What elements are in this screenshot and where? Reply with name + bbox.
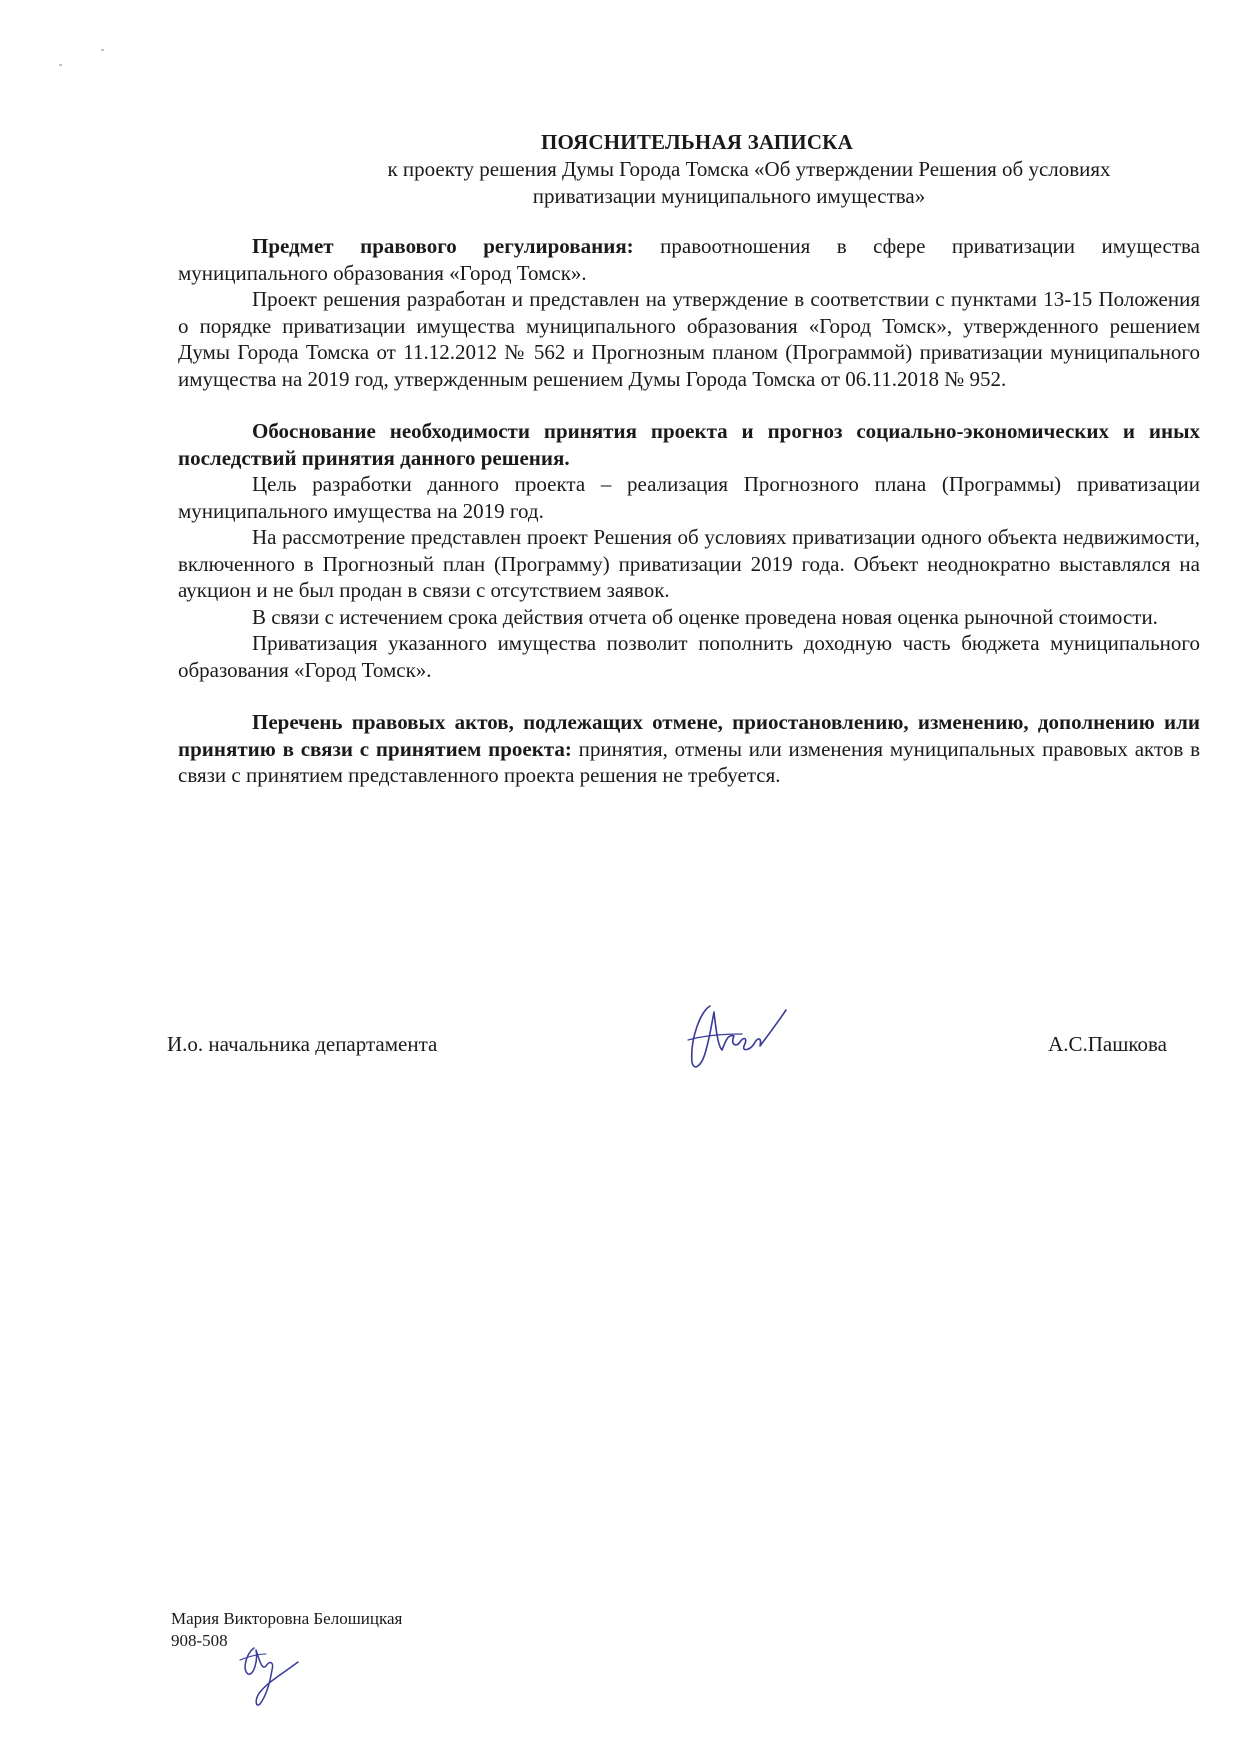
document-page: ПОЯСНИТЕЛЬНАЯ ЗАПИСКА к проекту решения … [0, 0, 1240, 1753]
document-subtitle-line1: к проекту решения Думы Города Томска «Об… [178, 156, 1200, 183]
signatory-position: И.о. начальника департамента [167, 1032, 437, 1057]
signatory-name: А.С.Пашкова [1048, 1032, 1167, 1057]
justification-paragraph-1: Цель разработки данного проекта – реализ… [178, 471, 1200, 524]
document-title: ПОЯСНИТЕЛЬНАЯ ЗАПИСКА [178, 128, 1200, 156]
title-block: ПОЯСНИТЕЛЬНАЯ ЗАПИСКА к проекту решения … [178, 128, 1200, 210]
legal-acts-paragraph: Перечень правовых актов, подлежащих отме… [178, 709, 1200, 789]
justification-paragraph-4: Приватизация указанного имущества позвол… [178, 630, 1200, 683]
justification-heading: Обоснование необходимости принятия проек… [178, 418, 1200, 471]
signature-row: И.о. начальника департамента А.С.Пашкова [167, 1018, 1167, 1078]
document-body: Предмет правового регулирования: правоот… [178, 233, 1200, 789]
executor-name: Мария Викторовна Белошицкая [171, 1608, 402, 1630]
basis-paragraph: Проект решения разработан и представлен … [178, 286, 1200, 392]
document-subtitle-line2: приватизации муниципального имущества» [178, 183, 1200, 210]
scan-speck [101, 49, 104, 51]
executor-initials-icon [236, 1640, 316, 1710]
handwritten-signature-icon [682, 1000, 797, 1080]
scan-speck [59, 64, 62, 66]
subject-paragraph: Предмет правового регулирования: правоот… [178, 233, 1200, 286]
justification-paragraph-2: На рассмотрение представлен проект Решен… [178, 524, 1200, 604]
justification-heading-text: Обоснование необходимости принятия проек… [178, 419, 1200, 470]
subject-heading: Предмет правового регулирования: [252, 234, 634, 258]
justification-paragraph-3: В связи с истечением срока действия отче… [178, 604, 1200, 631]
